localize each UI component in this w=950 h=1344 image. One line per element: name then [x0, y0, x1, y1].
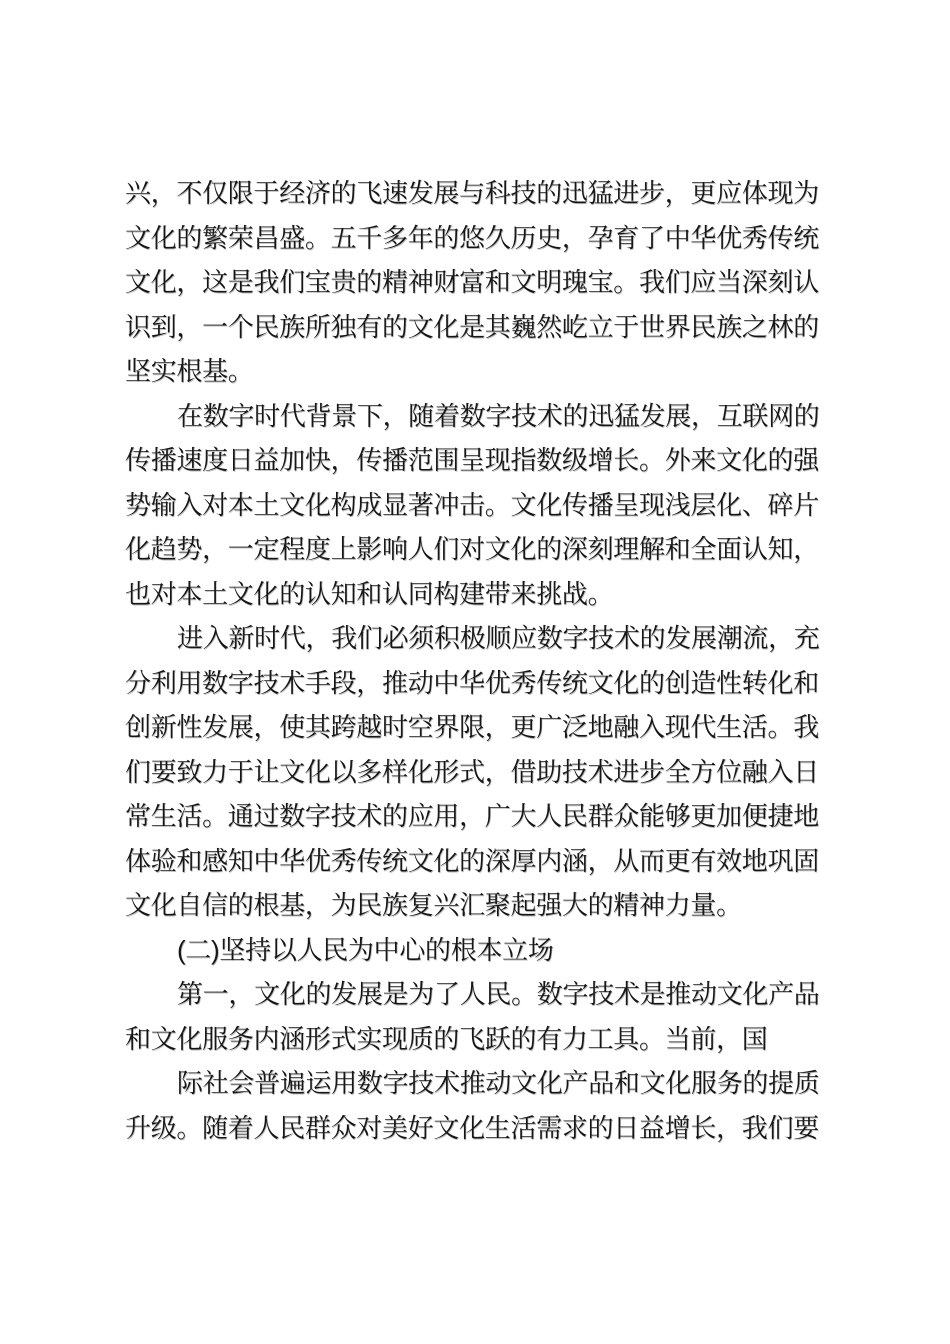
- text-line: (二)坚持以人民为中心的根本立场: [125, 928, 825, 973]
- body-paragraph: 际社会普遍运用数字技术推动文化产品和文化服务的提质升级。随着人民群众对美好文化生…: [125, 1061, 825, 1150]
- text-line: 们要致力于让文化以多样化形式，借助技术进步全方位融入日: [125, 750, 825, 795]
- body-paragraph: 兴，不仅限于经济的飞速发展与科技的迅猛进步，更应体现为文化的繁荣昌盛。五千多年的…: [125, 171, 825, 394]
- text-line: 文化，这是我们宝贵的精神财富和文明瑰宝。我们应当深刻认: [125, 260, 825, 305]
- text-line: 势输入对本土文化构成显著冲击。文化传播呈现浅层化、碎片: [125, 483, 825, 528]
- text-line: 第一，文化的发展是为了人民。数字技术是推动文化产品: [125, 972, 825, 1017]
- body-paragraph: 在数字时代背景下，随着数字技术的迅猛发展，互联网的传播速度日益加快，传播范围呈现…: [125, 394, 825, 617]
- text-line: 文化的繁荣昌盛。五千多年的悠久历史，孕育了中华优秀传统: [125, 216, 825, 261]
- section-heading: (二)坚持以人民为中心的根本立场: [125, 928, 825, 973]
- body-paragraph: 第一，文化的发展是为了人民。数字技术是推动文化产品和文化服务内涵形式实现质的飞跃…: [125, 972, 825, 1061]
- text-line: 坚实根基。: [125, 349, 825, 394]
- text-line: 创新性发展，使其跨越时空界限，更广泛地融入现代生活。我: [125, 705, 825, 750]
- text-line: 和文化服务内涵形式实现质的飞跃的有力工具。当前，国: [125, 1017, 825, 1062]
- text-line: 升级。随着人民群众对美好文化生活需求的日益增长，我们要: [125, 1106, 825, 1151]
- text-line: 在数字时代背景下，随着数字技术的迅猛发展，互联网的: [125, 394, 825, 439]
- text-line: 常生活。通过数字技术的应用，广大人民群众能够更加便捷地: [125, 794, 825, 839]
- text-line: 传播速度日益加快，传播范围呈现指数级增长。外来文化的强: [125, 438, 825, 483]
- document-page: 兴，不仅限于经济的飞速发展与科技的迅猛进步，更应体现为文化的繁荣昌盛。五千多年的…: [0, 0, 950, 1344]
- text-line: 体验和感知中华优秀传统文化的深厚内涵，从而更有效地巩固: [125, 839, 825, 884]
- text-line: 化趋势，一定程度上影响人们对文化的深刻理解和全面认知，: [125, 527, 825, 572]
- text-line: 识到，一个民族所独有的文化是其巍然屹立于世界民族之林的: [125, 305, 825, 350]
- text-line: 际社会普遍运用数字技术推动文化产品和文化服务的提质: [125, 1061, 825, 1106]
- text-line: 进入新时代，我们必须积极顺应数字技术的发展潮流，充: [125, 616, 825, 661]
- text-line: 也对本土文化的认知和认同构建带来挑战。: [125, 572, 825, 617]
- text-line: 文化自信的根基，为民族复兴汇聚起强大的精神力量。: [125, 883, 825, 928]
- text-block: 兴，不仅限于经济的飞速发展与科技的迅猛进步，更应体现为文化的繁荣昌盛。五千多年的…: [125, 171, 825, 1150]
- text-line: 分利用数字技术手段，推动中华优秀传统文化的创造性转化和: [125, 661, 825, 706]
- body-paragraph: 进入新时代，我们必须积极顺应数字技术的发展潮流，充分利用数字技术手段，推动中华优…: [125, 616, 825, 928]
- text-line: 兴，不仅限于经济的飞速发展与科技的迅猛进步，更应体现为: [125, 171, 825, 216]
